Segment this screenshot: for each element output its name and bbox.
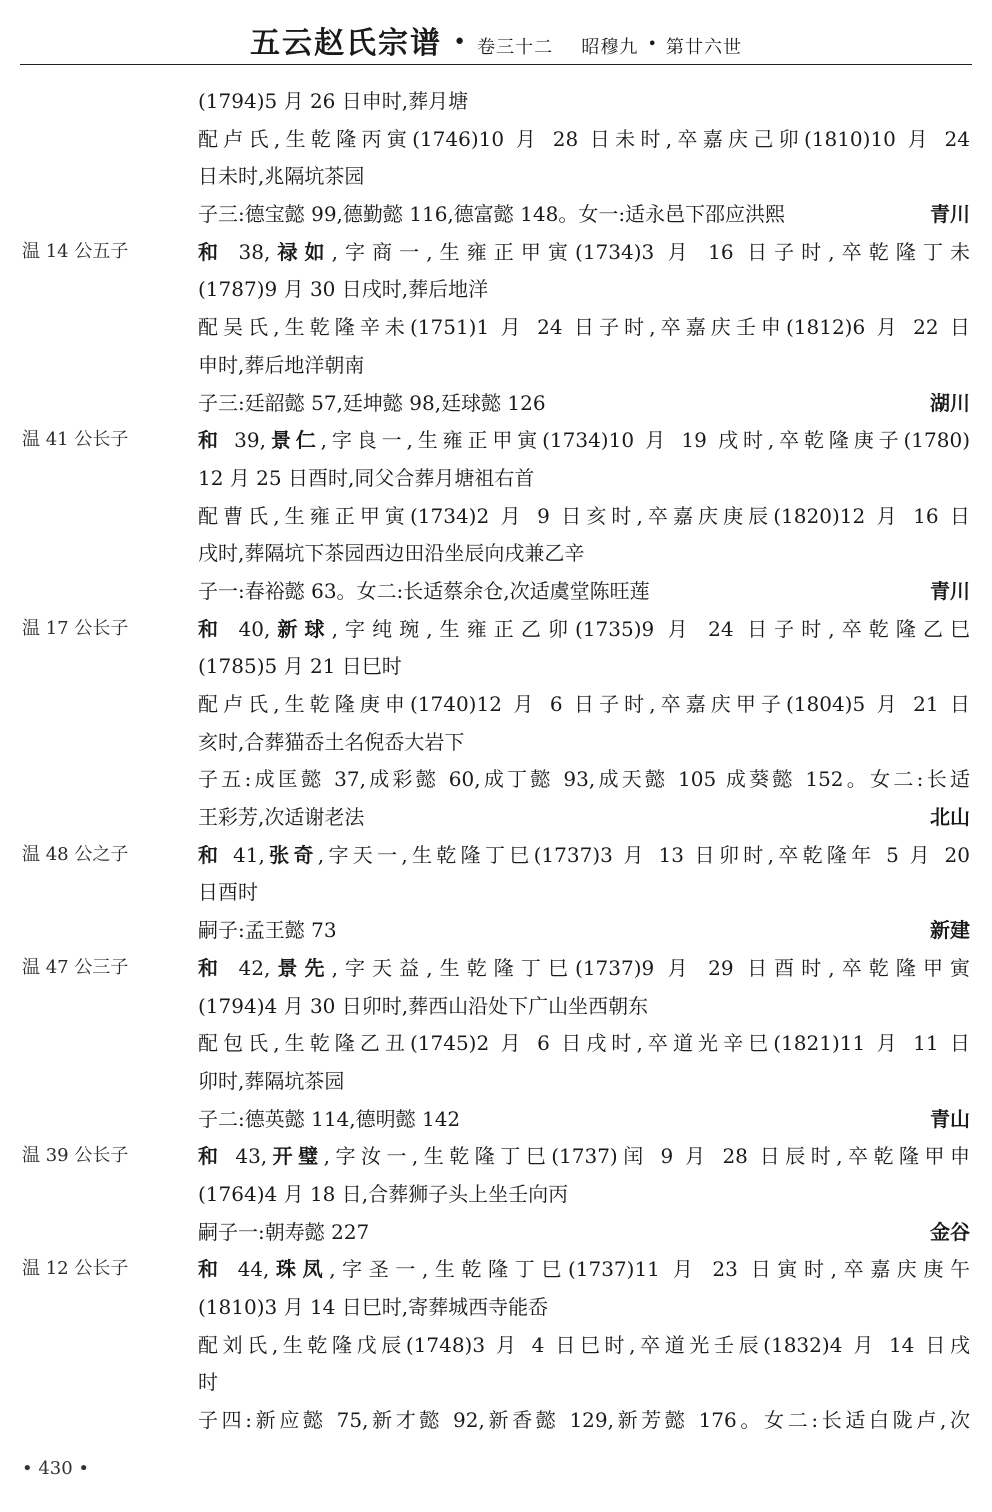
entry-first-line: 温 41 公长子和 39,景仁,字良一,生雍正甲寅(1734)10 月 19 戌… — [0, 425, 992, 463]
entry-text: 配刘氏,生乾隆戊辰(1748)3 月 4 日巳时,卒道光壬辰(1832)4 月 … — [198, 1330, 970, 1360]
entry-first-line: 温 12 公长子和 44,珠凤,字圣一,生乾隆丁巳(1737)11 月 23 日… — [0, 1254, 992, 1292]
entry-text: 和 42,景先,字天益,生乾隆丁巳(1737)9 月 29 日酉时,卒乾隆甲寅 — [198, 953, 970, 983]
entry-line: 亥时,合葬猫岙土名倪岙大岩下 — [0, 727, 992, 765]
person-name: 景仁 — [266, 428, 321, 452]
entry-first-line: 温 17 公长子和 40,新球,字纯琬,生雍正乙卯(1735)9 月 24 日子… — [0, 614, 992, 652]
entry-text: 子一:春裕懿 63。女二:长适蔡余仓,次适虞堂陈旺莲 — [198, 576, 912, 606]
residence-place: 青川 — [930, 199, 970, 229]
entry-number: 40, — [225, 617, 270, 641]
header-rule — [20, 64, 972, 65]
entry-text: 和 38,禄如,字商一,生雍正甲寅(1734)3 月 16 日子时,卒乾隆丁未 — [198, 237, 970, 267]
entry-line: 嗣子:孟王懿 73新建 — [0, 915, 992, 953]
entry-line: (1794)5 月 26 日申时,葬月塘 — [0, 86, 992, 124]
entry-number: 39, — [223, 428, 266, 452]
lineage-label: 温 48 公之子 — [22, 840, 128, 870]
header-separator: • — [453, 30, 466, 55]
entry-first-line: 温 14 公五子和 38,禄如,字商一,生雍正甲寅(1734)3 月 16 日子… — [0, 237, 992, 275]
entry-text: 申时,葬后地洋朝南 — [198, 350, 970, 380]
entry-line: (1810)3 月 14 日巳时,寄葬城西寺能岙 — [0, 1292, 992, 1330]
entry-line: 子三:廷韶懿 57,廷坤懿 98,廷球懿 126湖川 — [0, 388, 992, 426]
genealogy-entries: (1794)5 月 26 日申时,葬月塘配卢氏,生乾隆丙寅(1746)10 月 … — [0, 86, 992, 1443]
residence-place: 北山 — [930, 802, 970, 832]
entry-text: 时 — [198, 1367, 970, 1397]
lineage-label: 温 12 公长子 — [22, 1254, 128, 1284]
section-label: 昭穆九 — [581, 37, 638, 58]
entry-line: 配卢氏,生乾隆庚申(1740)12 月 6 日子时,卒嘉庆甲子(1804)5 月… — [0, 689, 992, 727]
entry-line: 子五:成匡懿 37,成彩懿 60,成丁懿 93,成天懿 105 成葵懿 152。… — [0, 764, 992, 802]
entry-number: 43, — [224, 1144, 268, 1168]
entry-line: 配包氏,生乾隆乙丑(1745)2 月 6 日戌时,卒道光辛巳(1821)11 月… — [0, 1028, 992, 1066]
residence-place: 新建 — [930, 915, 970, 945]
entry-text: (1810)3 月 14 日巳时,寄葬城西寺能岙 — [198, 1292, 970, 1322]
entry-text: 和 41,张奇,字天一,生乾隆丁巳(1737)3 月 13 日卯时,卒乾隆年 5… — [198, 840, 970, 870]
entry-first-line: 温 48 公之子和 41,张奇,字天一,生乾隆丁巳(1737)3 月 13 日卯… — [0, 840, 992, 878]
entry-line: 子四:新应懿 75,新才懿 92,新香懿 129,新芳懿 176。女二:长适白陇… — [0, 1405, 992, 1443]
entry-number: 44, — [225, 1257, 270, 1281]
entry-line: 戌时,葬隔坑下茶园西边田沿坐辰向戌兼乙辛 — [0, 538, 992, 576]
entry-text: (1787)9 月 30 日戌时,葬后地洋 — [198, 274, 970, 304]
book-title: 五云赵氏宗谱 — [250, 26, 442, 61]
lineage-label: 温 39 公长子 — [22, 1141, 128, 1171]
entry-line: 配卢氏,生乾隆丙寅(1746)10 月 28 日未时,卒嘉庆己卯(1810)10… — [0, 124, 992, 162]
generation-label: 第廿六世 — [666, 37, 742, 58]
entry-text: 和 39,景仁,字良一,生雍正甲寅(1734)10 月 19 戌时,卒乾隆庚子(… — [198, 425, 970, 455]
entry-text: 配包氏,生乾隆乙丑(1745)2 月 6 日戌时,卒道光辛巳(1821)11 月… — [198, 1028, 970, 1058]
entry-line: 日酉时 — [0, 877, 992, 915]
entry-number: 41, — [222, 843, 264, 867]
header-separator-2: • — [647, 34, 656, 53]
entry-text: 卯时,葬隔坑茶园 — [198, 1066, 970, 1096]
lineage-label: 温 17 公长子 — [22, 614, 128, 644]
entry-text: (1794)5 月 26 日申时,葬月塘 — [198, 86, 970, 116]
entry-text: (1794)4 月 30 日卯时,葬西山沿处下广山坐西朝东 — [198, 991, 970, 1021]
entry-text: 嗣子一:朝寿懿 227 — [198, 1217, 912, 1247]
entry-text: 亥时,合葬猫岙土名倪岙大岩下 — [198, 727, 970, 757]
entry-line: 王彩芳,次适谢老法北山 — [0, 802, 992, 840]
entry-number: 42, — [225, 956, 270, 980]
entry-line: (1785)5 月 21 日巳时 — [0, 651, 992, 689]
entry-first-line: 温 39 公长子和 43,开璧,字汝一,生乾隆丁巳(1737)闰 9 月 28 … — [0, 1141, 992, 1179]
entry-first-line: 温 47 公三子和 42,景先,字天益,生乾隆丁巳(1737)9 月 29 日酉… — [0, 953, 992, 991]
person-name: 新球 — [270, 617, 331, 641]
entry-text: 子二:德英懿 114,德明懿 142 — [198, 1104, 912, 1134]
entry-line: 嗣子一:朝寿懿 227金谷 — [0, 1217, 992, 1255]
entry-line: 子一:春裕懿 63。女二:长适蔡余仓,次适虞堂陈旺莲青川 — [0, 576, 992, 614]
entry-line: 申时,葬后地洋朝南 — [0, 350, 992, 388]
entry-text: 子四:新应懿 75,新才懿 92,新香懿 129,新芳懿 176。女二:长适白陇… — [198, 1405, 970, 1435]
entry-text: 12 月 25 日酉时,同父合葬月塘祖右首 — [198, 463, 970, 493]
entry-text: (1785)5 月 21 日巳时 — [198, 651, 970, 681]
entry-line: 时 — [0, 1367, 992, 1405]
entry-text: 子三:德宝懿 99,德勤懿 116,德富懿 148。女一:适永邑下邵应洪熙 — [198, 199, 912, 229]
residence-place: 金谷 — [930, 1217, 970, 1247]
page-number: • 430 • — [22, 1458, 89, 1479]
entry-text: 王彩芳,次适谢老法 — [198, 802, 912, 832]
residence-place: 青川 — [930, 576, 970, 606]
entry-line: 子三:德宝懿 99,德勤懿 116,德富懿 148。女一:适永邑下邵应洪熙青川 — [0, 199, 992, 237]
entry-line: (1787)9 月 30 日戌时,葬后地洋 — [0, 274, 992, 312]
person-name: 珠凤 — [269, 1257, 329, 1281]
entry-text: 子五:成匡懿 37,成彩懿 60,成丁懿 93,成天懿 105 成葵懿 152。… — [198, 764, 970, 794]
residence-place: 湖川 — [930, 388, 970, 418]
entry-text: 嗣子:孟王懿 73 — [198, 915, 912, 945]
entry-text: 和 44,珠凤,字圣一,生乾隆丁巳(1737)11 月 23 日寅时,卒嘉庆庚午 — [198, 1254, 970, 1284]
entry-text: 日未时,兆隔坑茶园 — [198, 161, 970, 191]
entry-text: 配卢氏,生乾隆庚申(1740)12 月 6 日子时,卒嘉庆甲子(1804)5 月… — [198, 689, 970, 719]
entry-text: 配吴氏,生乾隆辛未(1751)1 月 24 日子时,卒嘉庆壬申(1812)6 月… — [198, 312, 970, 342]
entry-line: 配吴氏,生乾隆辛未(1751)1 月 24 日子时,卒嘉庆壬申(1812)6 月… — [0, 312, 992, 350]
person-name: 景先 — [270, 956, 331, 980]
entry-line: 12 月 25 日酉时,同父合葬月塘祖右首 — [0, 463, 992, 501]
entry-text: (1764)4 月 18 日,合葬狮子头上坐壬向丙 — [198, 1179, 970, 1209]
person-name: 开璧 — [267, 1144, 323, 1168]
entry-line: 日未时,兆隔坑茶园 — [0, 161, 992, 199]
entry-number: 38, — [225, 240, 270, 264]
entry-line: 配刘氏,生乾隆戊辰(1748)3 月 4 日巳时,卒道光壬辰(1832)4 月 … — [0, 1330, 992, 1368]
entry-text: 和 40,新球,字纯琬,生雍正乙卯(1735)9 月 24 日子时,卒乾隆乙巳 — [198, 614, 970, 644]
entry-text: 和 43,开璧,字汝一,生乾隆丁巳(1737)闰 9 月 28 日辰时,卒乾隆甲… — [198, 1141, 970, 1171]
page-header: 五云赵氏宗谱 • 卷三十二 昭穆九 • 第廿六世 — [0, 18, 992, 58]
entry-text: 配曹氏,生雍正甲寅(1734)2 月 9 日亥时,卒嘉庆庚辰(1820)12 月… — [198, 501, 970, 531]
residence-place: 青山 — [930, 1104, 970, 1134]
entry-line: (1764)4 月 18 日,合葬狮子头上坐壬向丙 — [0, 1179, 992, 1217]
entry-line: (1794)4 月 30 日卯时,葬西山沿处下广山坐西朝东 — [0, 991, 992, 1029]
volume-label: 卷三十二 — [477, 37, 553, 58]
person-name: 禄如 — [270, 240, 331, 264]
entry-text: 配卢氏,生乾隆丙寅(1746)10 月 28 日未时,卒嘉庆己卯(1810)10… — [198, 124, 970, 154]
entry-line: 卯时,葬隔坑茶园 — [0, 1066, 992, 1104]
entry-text: 日酉时 — [198, 877, 970, 907]
person-name: 张奇 — [265, 843, 318, 867]
lineage-label: 温 14 公五子 — [22, 237, 128, 267]
lineage-label: 温 47 公三子 — [22, 953, 128, 983]
entry-line: 子二:德英懿 114,德明懿 142青山 — [0, 1104, 992, 1142]
entry-text: 子三:廷韶懿 57,廷坤懿 98,廷球懿 126 — [198, 388, 912, 418]
lineage-label: 温 41 公长子 — [22, 425, 128, 455]
entry-text: 戌时,葬隔坑下茶园西边田沿坐辰向戌兼乙辛 — [198, 538, 970, 568]
entry-line: 配曹氏,生雍正甲寅(1734)2 月 9 日亥时,卒嘉庆庚辰(1820)12 月… — [0, 501, 992, 539]
